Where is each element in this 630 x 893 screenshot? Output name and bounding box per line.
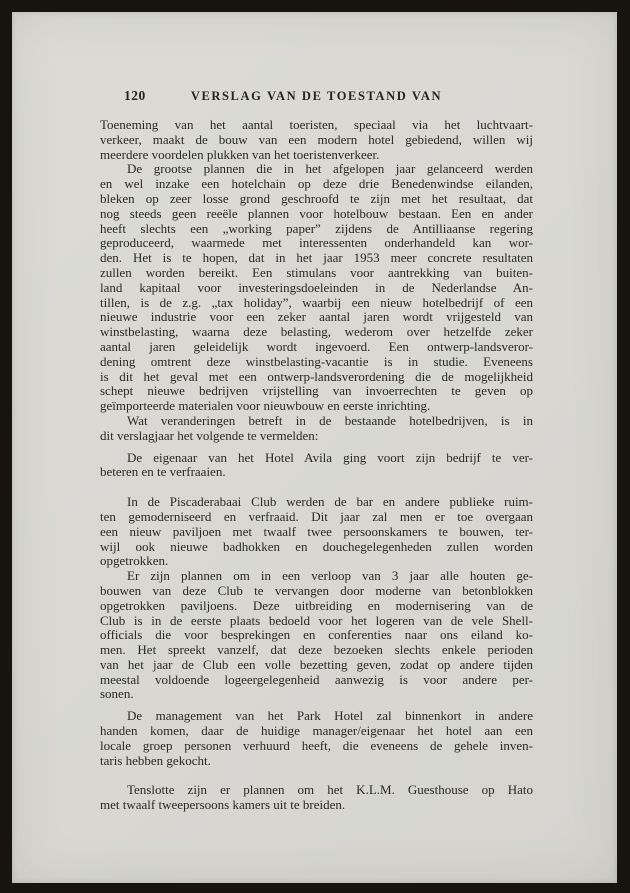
text-line: opgetrokken paviljoens. Deze uitbreiding… [100, 599, 533, 614]
paragraph: Er zijn plannen om in een verloop van 3 … [100, 569, 533, 702]
text-line: land kapitaal voor investeringsdoeleinde… [100, 281, 533, 296]
text-line: In de Piscaderabaai Club werden de bar e… [100, 495, 533, 510]
paragraph: Toeneming van het aantal toeristen, spec… [100, 118, 533, 162]
text-line: van het jaar de Club een volle bezetting… [100, 658, 533, 673]
text-line: geïmporteerde materialen voor nieuwbouw … [100, 399, 533, 414]
paragraph: In de Piscaderabaai Club werden de bar e… [100, 495, 533, 569]
running-header: VERSLAG VAN DE TOESTAND VAN [100, 89, 533, 104]
text-line: geproduceerd, waarmede met interessenten… [100, 236, 533, 251]
text-line: en wel inzake een hotelchain op deze dri… [100, 177, 533, 192]
text-line: meestal voldoende logeergelegenheid aanw… [100, 673, 533, 688]
document-page: 120 VERSLAG VAN DE TOESTAND VAN Toenemin… [12, 12, 617, 883]
text-line: taris hebben gekocht. [100, 754, 533, 769]
text-line: ten gemoderniseerd en verfraaid. Dit jaa… [100, 510, 533, 525]
text-line: De grootse plannen die in het afgelopen … [100, 162, 533, 177]
text-line: zullen worden bereikt. Een stimulans voo… [100, 266, 533, 281]
text-line: met twaalf tweepersoons kamers uit te br… [100, 798, 533, 813]
text-line: heeft slechts een „working paper” zijden… [100, 222, 533, 237]
text-line: winstbelasting, waarna deze belasting, w… [100, 325, 533, 340]
text-line: wijl ook nieuwe badhokken en douchegeleg… [100, 540, 533, 555]
text-line: locale groep personen verhuurd heeft, di… [100, 739, 533, 754]
text-line: een nieuw paviljoen met twaalf twee pers… [100, 525, 533, 540]
text-line: Club is in de eerste plaats bedoeld voor… [100, 614, 533, 629]
page-header: 120 VERSLAG VAN DE TOESTAND VAN [12, 88, 617, 106]
text-line: De eigenaar van het Hotel Avila ging voo… [100, 451, 533, 466]
text-line: nieuwe industrie voor een zeker aantal j… [100, 310, 533, 325]
text-line: Toeneming van het aantal toeristen, spec… [100, 118, 533, 133]
text-line: men. Het spreekt vanzelf, dat deze bezoe… [100, 643, 533, 658]
text-line: officials die voor besprekingen en confe… [100, 628, 533, 643]
text-line: is dit het geval met een ontwerp-landsve… [100, 370, 533, 385]
text-line: bleken op zeer losse grond geschroofd te… [100, 192, 533, 207]
text-line: sonen. [100, 687, 533, 702]
text-line: opgetrokken. [100, 554, 533, 569]
page-body: Toeneming van het aantal toeristen, spec… [100, 118, 533, 813]
text-line: De management van het Park Hotel zal bin… [100, 709, 533, 724]
paragraph: Tenslotte zijn er plannen om het K.L.M. … [100, 783, 533, 813]
text-line: Tenslotte zijn er plannen om het K.L.M. … [100, 783, 533, 798]
text-line: den. Het is te hopen, dat in het jaar 19… [100, 251, 533, 266]
text-line: beteren en te verfraaien. [100, 465, 533, 480]
text-line: meerdere voordelen plukken van het toeri… [100, 148, 533, 163]
paragraph: De grootse plannen die in het afgelopen … [100, 162, 533, 414]
text-line: dit verslagjaar het volgende te vermelde… [100, 429, 533, 444]
text-line: Er zijn plannen om in een verloop van 3 … [100, 569, 533, 584]
paragraph: De management van het Park Hotel zal bin… [100, 709, 533, 768]
text-line: schept nieuwe bedrijven vrijstelling van… [100, 384, 533, 399]
paragraph: De eigenaar van het Hotel Avila ging voo… [100, 451, 533, 481]
text-line: aantal jaren geleidelijk wordt ingevoerd… [100, 340, 533, 355]
text-line: bouwen van deze Club te vervangen door m… [100, 584, 533, 599]
text-line: handen komen, daar de huidige manager/ei… [100, 724, 533, 739]
paragraph: Wat veranderingen betreft in de bestaand… [100, 414, 533, 444]
text-line: dening omtrent deze winstbelasting-vacan… [100, 355, 533, 370]
text-line: verkeer, maakt de bouw van een modern ho… [100, 133, 533, 148]
text-line: nog steeds geen reeële plannen voor hote… [100, 207, 533, 222]
text-line: Wat veranderingen betreft in de bestaand… [100, 414, 533, 429]
scanned-page-background: 120 VERSLAG VAN DE TOESTAND VAN Toenemin… [0, 0, 630, 893]
text-line: tillen, is de z.g. „tax holiday”, waarbi… [100, 296, 533, 311]
